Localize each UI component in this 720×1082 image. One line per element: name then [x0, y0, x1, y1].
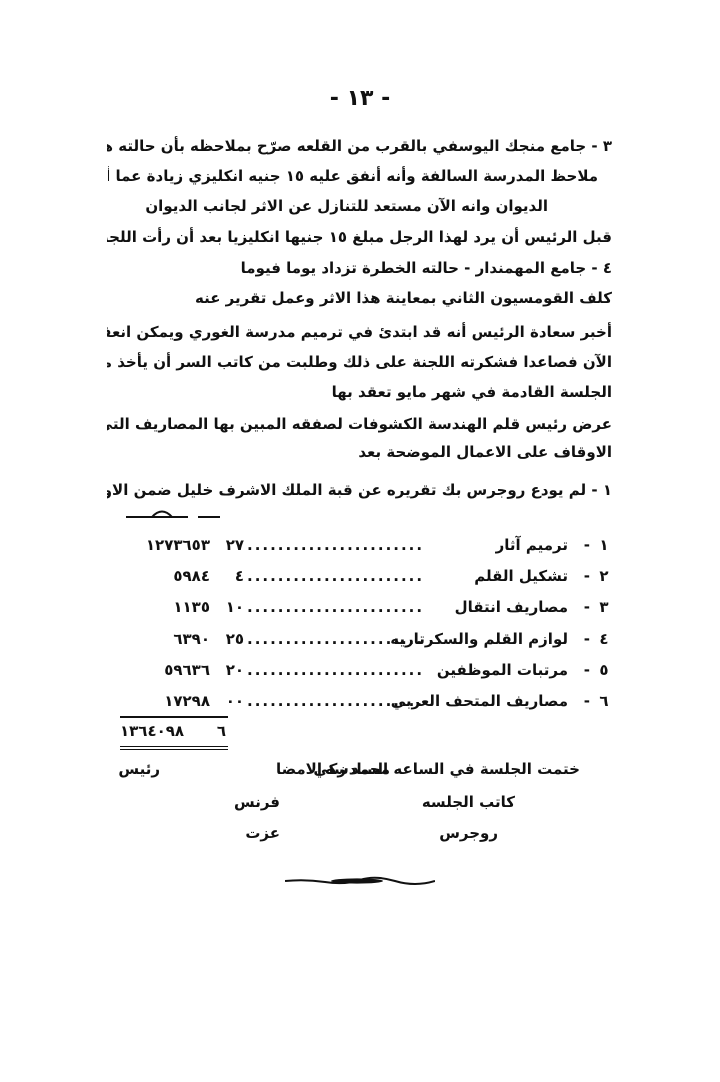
row-dash: - — [584, 661, 590, 679]
row-dash: - — [584, 692, 590, 710]
section-end-flourish-icon — [285, 876, 435, 886]
row-index: ١ — [596, 536, 612, 554]
body-line-11: الاوقاف على الاعمال الموضحة بعد — [107, 440, 612, 464]
row-pound: ١٧٢٩٨ — [102, 692, 210, 710]
leader-dots: .............................. — [247, 630, 422, 648]
row-millieme: ٠٠ — [214, 692, 244, 710]
leader-dots: .............................. — [247, 598, 422, 616]
row-millieme: ١٠ — [214, 598, 244, 616]
body-line-3: الديوان وانه الآن مستعد للتنازل عن الاثر… — [108, 194, 548, 218]
body-line-6: كلف القومسيون الثاني بمعاينة هذا الاثر و… — [107, 286, 612, 310]
body-line-8: الآن فصاعدا فشكرته اللجنة على ذلك وطلبت … — [107, 350, 612, 374]
ledger-row: ٥ - مرتبات الموظفين ....................… — [102, 661, 612, 685]
document-page: - ١٣ - ٣ - جامع منجك اليوسفي بالقرب من ا… — [0, 0, 720, 1082]
row-dash: - — [584, 630, 590, 648]
body-line-12: ١ - لم يودع روجرس بك تقريره عن قبة الملك… — [107, 478, 612, 502]
row-label: مرتبات الموظفين — [437, 661, 568, 679]
total-pound: ١٣٦٤٠٩٨ — [120, 722, 184, 740]
total-bottom-rule-1 — [120, 746, 228, 747]
ledger-row: ٣ - مصاريف انتقال ......................… — [102, 598, 612, 622]
row-millieme: ٤ — [214, 567, 244, 585]
row-index: ٥ — [596, 661, 612, 679]
ledger-row: ١ - ترميم آثار .........................… — [102, 536, 612, 560]
row-index: ٢ — [596, 567, 612, 585]
body-line-7: أخبر سعادة الرئيس أنه قد ابتدئ في ترميم … — [107, 320, 612, 344]
ledger-total: ١٣٦٤٠٩٨ ٦ — [120, 722, 230, 746]
leader-dots: .............................. — [247, 692, 422, 710]
column-flourish-icon — [150, 508, 174, 518]
millieme-column-rule — [198, 516, 220, 518]
secretary-title: كاتب الجلسه — [422, 793, 515, 811]
row-label: مصاريف انتقال — [455, 598, 568, 616]
row-dash: - — [584, 598, 590, 616]
row-pound: ٥٩٨٤ — [102, 567, 210, 585]
row-pound: ١٢٧٣٦٥٣ — [102, 536, 210, 554]
row-pound: ٦٣٩٠ — [102, 630, 210, 648]
body-line-10: عرض رئيس قلم الهندسة الكشوفات لصفقه المب… — [107, 412, 612, 436]
body-line-9: الجلسة القادمة في شهر مايو تعقد بها — [107, 380, 612, 404]
row-millieme: ٢٠ — [214, 661, 244, 679]
row-dash: - — [584, 536, 590, 554]
row-pound: ٥٩٦٣٦ — [102, 661, 210, 679]
row-label: تشكيل القلم — [474, 567, 568, 585]
total-top-rule — [120, 716, 228, 718]
row-pound: ١١٣٥ — [102, 598, 210, 616]
row-millieme: ٢٧ — [214, 536, 244, 554]
row-index: ٤ — [596, 630, 612, 648]
ledger-row: ٤ - لوازم القلم والسكرتاريه ............… — [102, 630, 612, 654]
body-line-2: ملاحظ المدرسة السالفة وأنه أنفق عليه ١٥ … — [108, 164, 598, 188]
president-title: رئيس — [118, 760, 160, 778]
leader-dots: .............................. — [247, 567, 422, 585]
total-bottom-rule-2 — [120, 749, 228, 750]
leader-dots: .............................. — [247, 536, 422, 554]
body-line-5: ٤ - جامع المهمندار - حالته الخطرة تزداد … — [107, 256, 612, 280]
member-signature-1: فرنس — [234, 793, 280, 811]
row-dash: - — [584, 567, 590, 585]
ledger-row: ٦ - مصاريف المتحف العربي ...............… — [102, 692, 612, 716]
page-number: - ١٣ - — [0, 86, 720, 111]
body-line-1: ٣ - جامع منجك اليوسفي بالقرب من القلعه ص… — [107, 134, 612, 158]
row-index: ٣ — [596, 598, 612, 616]
member-signature-2: عزت — [245, 824, 280, 842]
secretary-name: روجرس — [439, 824, 498, 842]
row-label: ترميم آثار — [496, 536, 568, 554]
row-index: ٦ — [596, 692, 612, 710]
leader-dots: .............................. — [247, 661, 422, 679]
body-line-4: قبل الرئيس أن يرد لهذا الرجل مبلغ ١٥ جني… — [107, 225, 612, 249]
ledger-row: ٢ - تشكيل القلم ........................… — [102, 567, 612, 591]
total-millieme: ٦ — [217, 722, 226, 740]
president-name: محمد زكي — [313, 760, 390, 778]
row-millieme: ٢٥ — [214, 630, 244, 648]
